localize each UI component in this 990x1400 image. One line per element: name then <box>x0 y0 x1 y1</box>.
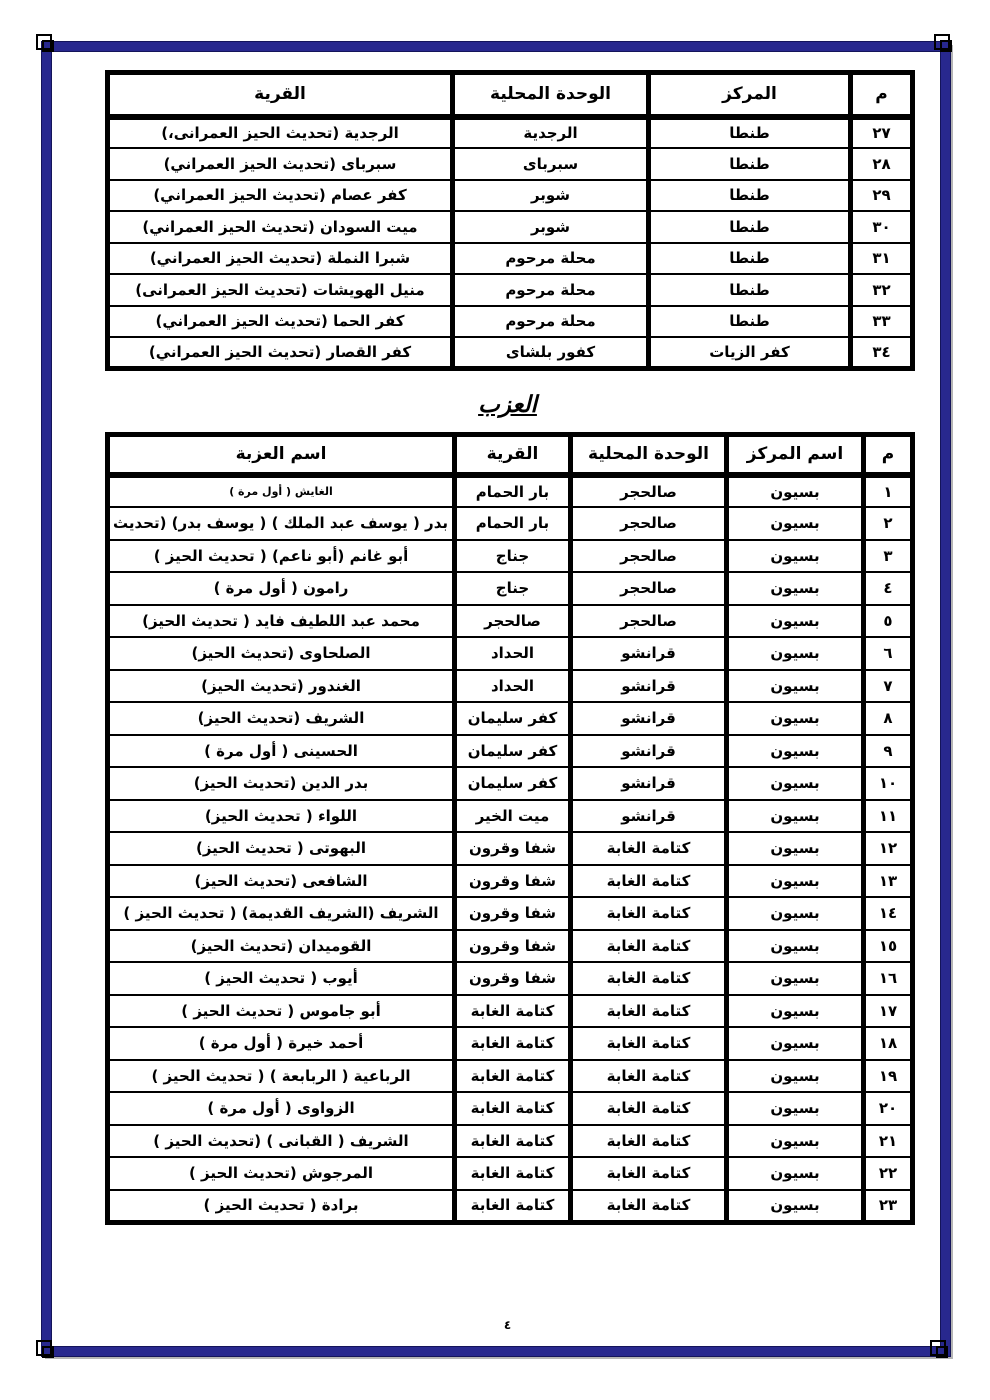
village-cell: الحداد <box>455 670 571 703</box>
markaz-cell: بسيون <box>727 1027 864 1060</box>
table-row: ٢٠ بسيون كتامة الغابة كتامة الغابة الزوا… <box>108 1092 913 1125</box>
table-row: ٧ بسيون قرانشو الحداد الغندور (تحديث الح… <box>108 670 913 703</box>
village-cell: شفا وقرون <box>455 865 571 898</box>
row-number-cell: ٢٩ <box>851 180 913 212</box>
village-cell: شفا وقرون <box>455 897 571 930</box>
local-unit-cell: صالحجر <box>571 475 727 508</box>
ezba-name-cell: أبو غانم (أبو ناعم) ( تحديث الحيز ) <box>108 540 455 573</box>
table-row: ١٦ بسيون كتامة الغابة شفا وقرون أيوب ( ت… <box>108 962 913 995</box>
table-row: ٢٢ بسيون كتامة الغابة كتامة الغابة المرج… <box>108 1157 913 1190</box>
village-cell: الرجدية (تحديث الحيز العمرانى،) <box>108 117 453 149</box>
table-row: ٣٣ طنطا محلة مرحوم كفر الحما (تحديث الحي… <box>108 306 913 338</box>
village-cell: بار الحمام <box>455 507 571 540</box>
local-unit-cell: كتامة الغابة <box>571 995 727 1028</box>
local-unit-cell: محلة مرحوم <box>453 274 649 306</box>
markaz-cell: بسيون <box>727 1092 864 1125</box>
village-cell: كتامة الغابة <box>455 1190 571 1223</box>
row-number-cell: ٣٠ <box>851 211 913 243</box>
table-row: ١٤ بسيون كتامة الغابة شفا وقرون الشريف (… <box>108 897 913 930</box>
village-cell: كتامة الغابة <box>455 1027 571 1060</box>
row-number-cell: ٢٨ <box>851 148 913 180</box>
markaz-cell: طنطا <box>649 243 851 275</box>
row-number-cell: ٥ <box>864 605 913 638</box>
table-row: ١٥ بسيون كتامة الغابة شفا وقرون القوميدا… <box>108 930 913 963</box>
village-cell: شفا وقرون <box>455 930 571 963</box>
table-row: ١٩ بسيون كتامة الغابة كتامة الغابة الربا… <box>108 1060 913 1093</box>
table-row: ٣١ طنطا محلة مرحوم شبرا النملة (تحديث ال… <box>108 243 913 275</box>
markaz-cell: بسيون <box>727 930 864 963</box>
row-number-cell: ١٢ <box>864 832 913 865</box>
markaz-cell: بسيون <box>727 702 864 735</box>
ezba-name-cell: أحمد خيرة ( أول مرة ) <box>108 1027 455 1060</box>
markaz-cell: بسيون <box>727 735 864 768</box>
markaz-cell: بسيون <box>727 832 864 865</box>
column-header-village: القرية <box>108 73 453 117</box>
local-unit-cell: كتامة الغابة <box>571 930 727 963</box>
column-header-markaz: المركز <box>649 73 851 117</box>
markaz-cell: بسيون <box>727 670 864 703</box>
village-cell: كفر الحما (تحديث الحيز العمراني) <box>108 306 453 338</box>
row-number-cell: ٦ <box>864 637 913 670</box>
row-number-cell: ٣٤ <box>851 337 913 369</box>
local-unit-cell: صالحجر <box>571 540 727 573</box>
local-unit-cell: محلة مرحوم <box>453 306 649 338</box>
villages-table: م المركز الوحدة المحلية القرية ٢٧ طنطا ا… <box>105 70 915 371</box>
column-header-local-unit: الوحدة المحلية <box>453 73 649 117</box>
row-number-cell: ١ <box>864 475 913 508</box>
ezba-name-cell: بدر ( يوسف عبد الملك ) ( يوسف بدر) (تحدي… <box>108 507 455 540</box>
local-unit-cell: صالحجر <box>571 507 727 540</box>
local-unit-cell: كتامة الغابة <box>571 1190 727 1223</box>
markaz-cell: بسيون <box>727 995 864 1028</box>
village-cell: كتامة الغابة <box>455 1060 571 1093</box>
column-header-village: القرية <box>455 435 571 475</box>
table-row: ٣٠ طنطا شوبر ميت السودان (تحديث الحيز ال… <box>108 211 913 243</box>
local-unit-cell: كتامة الغابة <box>571 962 727 995</box>
frame-corner-ornament <box>930 1340 946 1356</box>
village-cell: كتامة الغابة <box>455 1092 571 1125</box>
markaz-cell: بسيون <box>727 637 864 670</box>
row-number-cell: ٢٧ <box>851 117 913 149</box>
local-unit-cell: قرانشو <box>571 800 727 833</box>
row-number-cell: ٢٢ <box>864 1157 913 1190</box>
local-unit-cell: كتامة الغابة <box>571 1092 727 1125</box>
row-number-cell: ١٩ <box>864 1060 913 1093</box>
column-header-number: م <box>864 435 913 475</box>
row-number-cell: ٩ <box>864 735 913 768</box>
table-row: ٣ بسيون صالحجر جناج أبو غانم (أبو ناعم) … <box>108 540 913 573</box>
row-number-cell: ٢ <box>864 507 913 540</box>
row-number-cell: ٨ <box>864 702 913 735</box>
row-number-cell: ٣٢ <box>851 274 913 306</box>
frame-corner-ornament <box>36 34 52 50</box>
row-number-cell: ٤ <box>864 572 913 605</box>
ezba-name-cell: الزواوى ( أول مرة ) <box>108 1092 455 1125</box>
village-cell: جناج <box>455 572 571 605</box>
table-row: ٢٣ بسيون كتامة الغابة كتامة الغابة برادة… <box>108 1190 913 1223</box>
village-cell: الحداد <box>455 637 571 670</box>
markaz-cell: كفر الزيات <box>649 337 851 369</box>
row-number-cell: ٣ <box>864 540 913 573</box>
local-unit-cell: كفور بلشاى <box>453 337 649 369</box>
row-number-cell: ١٠ <box>864 767 913 800</box>
village-cell: كفر القصار (تحديث الحيز العمراني) <box>108 337 453 369</box>
local-unit-cell: قرانشو <box>571 670 727 703</box>
ezba-name-cell: الصلحاوى (تحديث الحيز) <box>108 637 455 670</box>
table-row: ٣٤ كفر الزيات كفور بلشاى كفر القصار (تحد… <box>108 337 913 369</box>
frame-corner-ornament <box>934 34 950 50</box>
markaz-cell: بسيون <box>727 767 864 800</box>
markaz-cell: طنطا <box>649 211 851 243</box>
village-cell: ميت السودان (تحديث الحيز العمراني) <box>108 211 453 243</box>
row-number-cell: ١٣ <box>864 865 913 898</box>
column-header-markaz-name: اسم المركز <box>727 435 864 475</box>
row-number-cell: ٢٠ <box>864 1092 913 1125</box>
table-row: ٩ بسيون قرانشو كفر سليمان الحسينى ( أول … <box>108 735 913 768</box>
row-number-cell: ١٥ <box>864 930 913 963</box>
table-row: ٨ بسيون قرانشو كفر سليمان الشريف (تحديث … <box>108 702 913 735</box>
row-number-cell: ١١ <box>864 800 913 833</box>
village-cell: كفر سليمان <box>455 702 571 735</box>
markaz-cell: بسيون <box>727 962 864 995</box>
row-number-cell: ٧ <box>864 670 913 703</box>
table-row: ٢ بسيون صالحجر بار الحمام بدر ( يوسف عبد… <box>108 507 913 540</box>
ezba-name-cell: الشريف (تحديث الحيز) <box>108 702 455 735</box>
markaz-cell: بسيون <box>727 1157 864 1190</box>
azab-table: م اسم المركز الوحدة المحلية القرية اسم ا… <box>105 432 915 1225</box>
village-cell: شفا وقرون <box>455 832 571 865</box>
table-row: ١٨ بسيون كتامة الغابة كتامة الغابة أحمد … <box>108 1027 913 1060</box>
markaz-cell: بسيون <box>727 800 864 833</box>
table-row: ٤ بسيون صالحجر جناج رامون ( أول مرة ) <box>108 572 913 605</box>
markaz-cell: بسيون <box>727 572 864 605</box>
village-cell: جناج <box>455 540 571 573</box>
ezba-name-cell: الغندور (تحديث الحيز) <box>108 670 455 703</box>
local-unit-cell: كتامة الغابة <box>571 1157 727 1190</box>
table-row: ٦ بسيون قرانشو الحداد الصلحاوى (تحديث ال… <box>108 637 913 670</box>
local-unit-cell: قرانشو <box>571 735 727 768</box>
row-number-cell: ١٧ <box>864 995 913 1028</box>
ezba-name-cell: رامون ( أول مرة ) <box>108 572 455 605</box>
table-row: ١١ بسيون قرانشو ميت الخير اللواء ( تحديث… <box>108 800 913 833</box>
markaz-cell: بسيون <box>727 865 864 898</box>
table-row: ٢٩ طنطا شوبر كفر عصام (تحديث الحيز العمر… <box>108 180 913 212</box>
ezba-name-cell: الحسينى ( أول مرة ) <box>108 735 455 768</box>
villages-table-header-row: م المركز الوحدة المحلية القرية <box>108 73 913 117</box>
ezba-name-cell: اللواء ( تحديث الحيز) <box>108 800 455 833</box>
column-header-number: م <box>851 73 913 117</box>
ezba-name-cell: الرباعية ( الربابعة ) ( تحديث الحيز ) <box>108 1060 455 1093</box>
markaz-cell: بسيون <box>727 1125 864 1158</box>
local-unit-cell: قرانشو <box>571 702 727 735</box>
section-title: العزب <box>105 392 910 418</box>
table-row: ٢١ بسيون كتامة الغابة كتامة الغابة الشري… <box>108 1125 913 1158</box>
table-row: ١٣ بسيون كتامة الغابة شفا وقرون الشافعى … <box>108 865 913 898</box>
village-cell: كتامة الغابة <box>455 995 571 1028</box>
markaz-cell: بسيون <box>727 540 864 573</box>
local-unit-cell: كتامة الغابة <box>571 1125 727 1158</box>
markaz-cell: بسيون <box>727 605 864 638</box>
table-row: ٢٧ طنطا الرجدية الرجدية (تحديث الحيز الع… <box>108 117 913 149</box>
ezba-name-cell: الشريف (الشريف القديمة) ( تحديث الحيز ) <box>108 897 455 930</box>
markaz-cell: بسيون <box>727 1190 864 1223</box>
ezba-name-cell: بدر الدين (تحديث الحيز) <box>108 767 455 800</box>
ezba-name-cell: محمد عبد اللطيف فايد ( تحديث الحيز) <box>108 605 455 638</box>
local-unit-cell: كتامة الغابة <box>571 832 727 865</box>
markaz-cell: بسيون <box>727 897 864 930</box>
ezba-name-cell: الغايش ( أول مرة ) <box>108 475 455 508</box>
local-unit-cell: صالحجر <box>571 572 727 605</box>
village-cell: كفر سليمان <box>455 735 571 768</box>
markaz-cell: طنطا <box>649 148 851 180</box>
local-unit-cell: كتامة الغابة <box>571 897 727 930</box>
village-cell: كتامة الغابة <box>455 1157 571 1190</box>
table-row: ٣٢ طنطا محلة مرحوم منيل الهويشات (تحديث … <box>108 274 913 306</box>
page-number: ٤ <box>105 1318 910 1332</box>
markaz-cell: طنطا <box>649 306 851 338</box>
local-unit-cell: شوبر <box>453 211 649 243</box>
local-unit-cell: كتامة الغابة <box>571 865 727 898</box>
column-header-local-unit: الوحدة المحلية <box>571 435 727 475</box>
village-cell: كفر سليمان <box>455 767 571 800</box>
local-unit-cell: سبرباى <box>453 148 649 180</box>
ezba-name-cell: البهوتى ( تحديث الحيز) <box>108 832 455 865</box>
ezba-name-cell: الشريف ( القبانى ) (تحديث الحيز ) <box>108 1125 455 1158</box>
row-number-cell: ٣١ <box>851 243 913 275</box>
table-row: ١٠ بسيون قرانشو كفر سليمان بدر الدين (تح… <box>108 767 913 800</box>
table-row: ٢٨ طنطا سبرباى سبرباى (تحديث الحيز العمر… <box>108 148 913 180</box>
ezba-name-cell: القوميدان (تحديث الحيز) <box>108 930 455 963</box>
village-cell: شفا وقرون <box>455 962 571 995</box>
village-cell: كفر عصام (تحديث الحيز العمراني) <box>108 180 453 212</box>
local-unit-cell: قرانشو <box>571 637 727 670</box>
markaz-cell: بسيون <box>727 475 864 508</box>
village-cell: كتامة الغابة <box>455 1125 571 1158</box>
table-row: ١٢ بسيون كتامة الغابة شفا وقرون البهوتى … <box>108 832 913 865</box>
markaz-cell: بسيون <box>727 507 864 540</box>
ezba-name-cell: أبو جاموس ( تحديث الحيز ) <box>108 995 455 1028</box>
local-unit-cell: كتامة الغابة <box>571 1027 727 1060</box>
village-cell: منيل الهويشات (تحديث الحيز العمرانى) <box>108 274 453 306</box>
document-page: { "page": { "number_label": "٤" }, "sect… <box>0 0 990 1400</box>
ezba-name-cell: أيوب ( تحديث الحيز ) <box>108 962 455 995</box>
markaz-cell: بسيون <box>727 1060 864 1093</box>
column-header-ezba-name: اسم العزبة <box>108 435 455 475</box>
ezba-name-cell: برادة ( تحديث الحيز ) <box>108 1190 455 1223</box>
frame-corner-ornament <box>36 1340 52 1356</box>
markaz-cell: طنطا <box>649 117 851 149</box>
row-number-cell: ١٤ <box>864 897 913 930</box>
local-unit-cell: قرانشو <box>571 767 727 800</box>
village-cell: سبرباى (تحديث الحيز العمراني) <box>108 148 453 180</box>
village-cell: شبرا النملة (تحديث الحيز العمراني) <box>108 243 453 275</box>
local-unit-cell: محلة مرحوم <box>453 243 649 275</box>
row-number-cell: ١٨ <box>864 1027 913 1060</box>
row-number-cell: ١٦ <box>864 962 913 995</box>
ezba-name-cell: المرجوش (تحديث الحيز ) <box>108 1157 455 1190</box>
local-unit-cell: شوبر <box>453 180 649 212</box>
table-row: ١ بسيون صالحجر بار الحمام الغايش ( أول م… <box>108 475 913 508</box>
local-unit-cell: كتامة الغابة <box>571 1060 727 1093</box>
village-cell: ميت الخير <box>455 800 571 833</box>
row-number-cell: ٢١ <box>864 1125 913 1158</box>
azab-table-header-row: م اسم المركز الوحدة المحلية القرية اسم ا… <box>108 435 913 475</box>
local-unit-cell: الرجدية <box>453 117 649 149</box>
village-cell: بار الحمام <box>455 475 571 508</box>
table-row: ١٧ بسيون كتامة الغابة كتامة الغابة أبو ج… <box>108 995 913 1028</box>
village-cell: صالحجر <box>455 605 571 638</box>
table-row: ٥ بسيون صالحجر صالحجر محمد عبد اللطيف فا… <box>108 605 913 638</box>
local-unit-cell: صالحجر <box>571 605 727 638</box>
markaz-cell: طنطا <box>649 274 851 306</box>
markaz-cell: طنطا <box>649 180 851 212</box>
row-number-cell: ٢٣ <box>864 1190 913 1223</box>
ezba-name-cell: الشافعى (تحديث الحيز) <box>108 865 455 898</box>
row-number-cell: ٣٣ <box>851 306 913 338</box>
